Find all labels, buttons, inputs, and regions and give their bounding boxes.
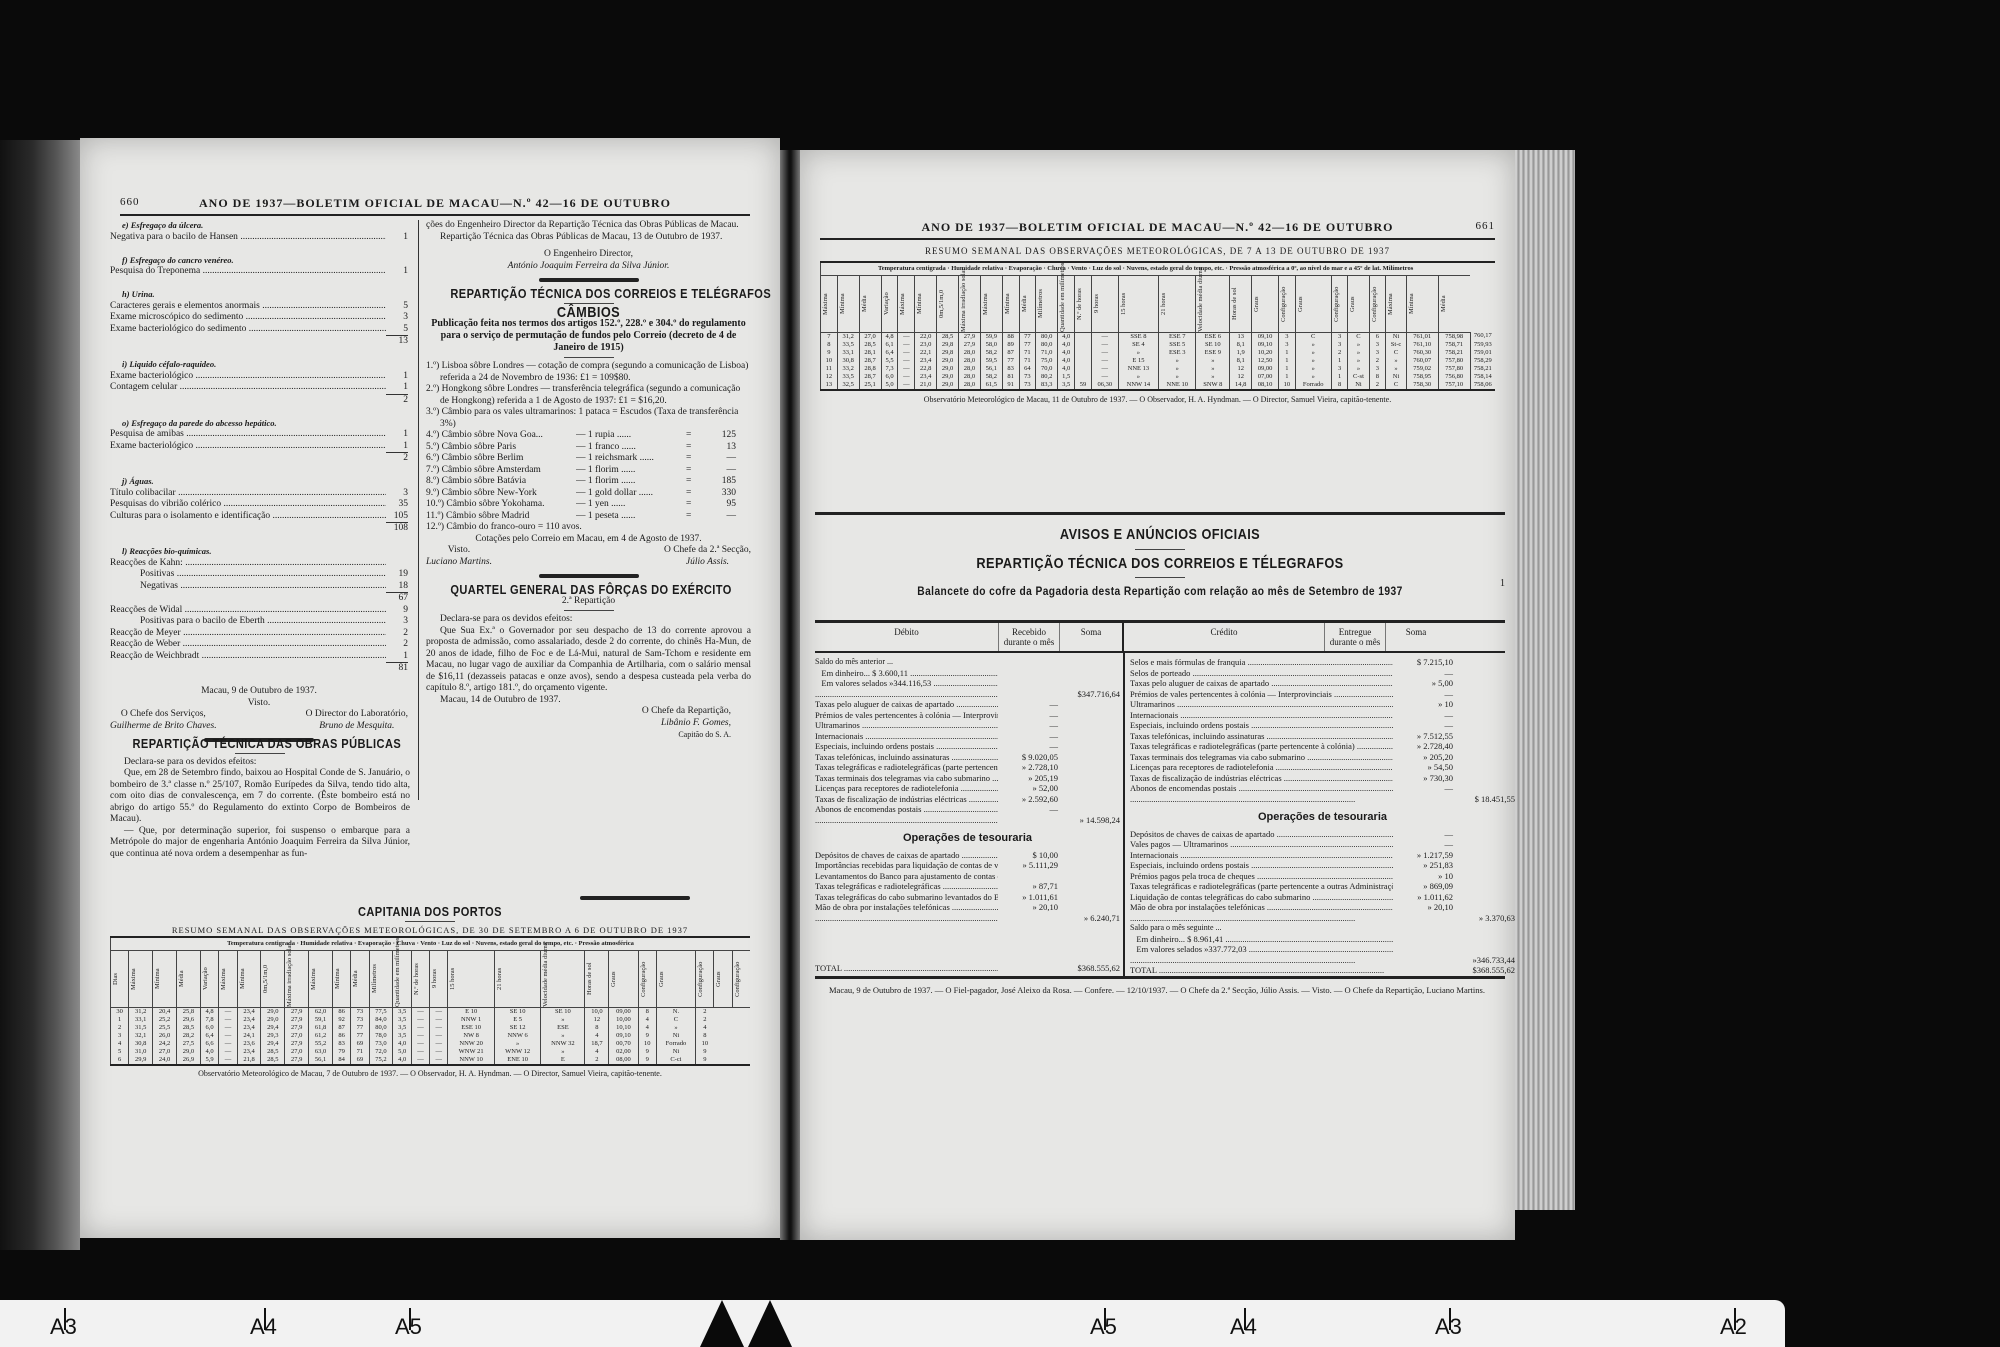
weather-cell: » bbox=[1196, 365, 1230, 373]
row-sum bbox=[1453, 881, 1515, 892]
item-value: 35 bbox=[386, 499, 408, 511]
frame-mark: A4 bbox=[1230, 1314, 1257, 1340]
weather-row: 933,128,16,4—22,129,828,058,2877171,04,0… bbox=[821, 349, 1496, 357]
weather-cell: 27,0 bbox=[285, 1032, 309, 1040]
section-total: 2 bbox=[110, 452, 408, 465]
item-value: 3 bbox=[386, 488, 408, 500]
weather-cell: — bbox=[219, 1008, 237, 1017]
weather-cell: » bbox=[1295, 341, 1331, 349]
credit-subtotal: $ 18.451,55 bbox=[1130, 794, 1515, 805]
row-value: — bbox=[998, 699, 1058, 710]
weather-cell: 80,2 bbox=[1036, 373, 1058, 381]
weather-cell: 1 bbox=[1331, 357, 1348, 365]
quartel-intro: Declara-se para os devidos efeitos: bbox=[426, 614, 751, 626]
weather-cell: 3 bbox=[1369, 365, 1386, 373]
weather-cell: 8,1 bbox=[1230, 341, 1252, 349]
row-label: Depósitos de chaves de caixas de apartad… bbox=[815, 850, 998, 861]
quartel-title: QUARTEL GENERAL DAS FÔRÇAS DO EXÉRCITO bbox=[450, 584, 726, 596]
weather-cell: 87 bbox=[1002, 349, 1019, 357]
item-label: Culturas para o isolamento e identificaç… bbox=[110, 511, 386, 523]
weather-row: 1233,528,76,0—23,429,028,058,2817380,21,… bbox=[821, 373, 1496, 381]
weather-cell: 3 bbox=[1331, 365, 1348, 373]
row-sum bbox=[1058, 860, 1120, 871]
weather-row: 833,528,56,1—23,029,827,958,0897780,04,0… bbox=[821, 341, 1496, 349]
lab-item: Exame bacteriológico do sedimento5 bbox=[110, 324, 408, 336]
row-label: Internacionais bbox=[1130, 710, 1393, 721]
weather-cell: 5,0 bbox=[881, 381, 898, 390]
row-value: — bbox=[998, 720, 1058, 731]
weather-cell: 70,0 bbox=[1036, 365, 1058, 373]
column-label: Mínima bbox=[239, 951, 247, 1007]
frame-mark: A4 bbox=[250, 1314, 277, 1340]
balancete-header: Débito Recebido durante o mês Soma Crédi… bbox=[815, 620, 1505, 653]
weather-cell: 29,0 bbox=[261, 1008, 285, 1017]
weather-cell: 77 bbox=[1019, 332, 1036, 341]
weather-cell: 29,9 bbox=[129, 1056, 153, 1065]
weather-cell: 28,0 bbox=[959, 357, 981, 365]
weather-cell: 29,0 bbox=[176, 1048, 200, 1056]
item-label: Reacção de Weber bbox=[110, 639, 386, 651]
row-value: » 1.011,61 bbox=[998, 892, 1058, 903]
column-label: Máxima bbox=[130, 951, 138, 1007]
column-label: Máxima bbox=[220, 951, 228, 1007]
column-header: 15 horas bbox=[448, 951, 494, 1008]
weather-cell: » bbox=[1386, 357, 1407, 365]
weather-row: 1030,828,75,5—23,429,028,059,5777175,04,… bbox=[821, 357, 1496, 365]
column-label: Máxima bbox=[982, 276, 990, 332]
column-header: Mínima bbox=[1002, 275, 1019, 332]
weather-cell: 3,5 bbox=[393, 1016, 411, 1024]
weather-cell: 69 bbox=[351, 1040, 369, 1048]
row-label: TOTAL bbox=[815, 963, 998, 974]
row-value: — bbox=[998, 741, 1058, 752]
weather-cell bbox=[1075, 341, 1092, 349]
lab-item: Exame bacteriológico1 bbox=[110, 441, 408, 453]
weather-cell: — bbox=[430, 1048, 448, 1056]
weather-cell: 75,0 bbox=[1036, 357, 1058, 365]
row-value: » 869,09 bbox=[1393, 881, 1453, 892]
weather-cell: 64 bbox=[1019, 365, 1036, 373]
row-sum bbox=[1058, 741, 1120, 752]
weather-cell: 31,2 bbox=[837, 332, 859, 341]
weather-cell: 08,00 bbox=[609, 1056, 638, 1065]
row-label: Taxas pelo aluguer de caixas de apartado bbox=[1130, 678, 1393, 689]
weather-cell: 8 bbox=[1369, 373, 1386, 381]
weather-cell: — bbox=[219, 1040, 237, 1048]
header-entregue: Entregue durante o mês bbox=[1325, 623, 1386, 651]
column-label: Mínima bbox=[1408, 276, 1416, 332]
cotacoes-line: Cotações pelo Correio em Macau, em 4 de … bbox=[426, 534, 751, 546]
column-label: Horas de sol bbox=[1231, 276, 1239, 332]
weather-cell bbox=[1075, 357, 1092, 365]
weather-cell: 33,5 bbox=[837, 373, 859, 381]
weather-cell: 29,4 bbox=[261, 1024, 285, 1032]
item-value: 1 bbox=[386, 371, 408, 383]
row-label bbox=[815, 913, 998, 924]
row-sum bbox=[1453, 944, 1515, 955]
weather-cell: St-c bbox=[1386, 341, 1407, 349]
column-header: Máxima irradiação solar bbox=[959, 275, 981, 332]
weather-cell: 4,0 bbox=[1058, 349, 1075, 357]
lab-item: Reacção de Meyer2 bbox=[110, 628, 408, 640]
row-sum bbox=[1453, 689, 1515, 700]
weather-cell: 758,14 bbox=[1470, 373, 1495, 381]
lab-item: Pesquisa de amibas1 bbox=[110, 429, 408, 441]
row-value: — bbox=[1393, 689, 1453, 700]
weather-cell: C bbox=[1386, 381, 1407, 390]
running-head-title: ANO DE 1937—BOLETIM OFICIAL DE MACAU—N.º… bbox=[120, 196, 750, 211]
cambio-items: 1.º) Lisboa sôbre Londres — cotação de c… bbox=[426, 361, 751, 430]
weather-cell: 761,01 bbox=[1406, 332, 1438, 341]
weather-table-title: RESUMO SEMANAL DAS OBSERVAÇÕES METEOROLÓ… bbox=[820, 246, 1495, 258]
weather-cell: C bbox=[1295, 332, 1331, 341]
weather-row: 430,824,227,56,6—23,629,427,955,2836973,… bbox=[111, 1040, 751, 1048]
weather-cell: 31,5 bbox=[129, 1024, 153, 1032]
avisos-dept: REPARTIÇÃO TÉCNICA DOS CORREIOS E TÉLEGR… bbox=[867, 558, 1454, 570]
weather-cell: — bbox=[430, 1016, 448, 1024]
separator bbox=[539, 278, 639, 282]
weather-cell: 23,0 bbox=[915, 341, 937, 349]
weather-cell: » bbox=[1118, 349, 1158, 357]
avisos-title: AVISOS E ANÚNCIOS OFICIAIS bbox=[867, 529, 1454, 541]
sig-title: O Director do Laboratório, bbox=[306, 709, 408, 721]
debit-row: Especiais, incluindo ordens postais— bbox=[815, 741, 1120, 752]
row-sum bbox=[1058, 902, 1120, 913]
lab-item: Exame microscópico do sedimento3 bbox=[110, 312, 408, 324]
row-value: — bbox=[998, 710, 1058, 721]
weather-cell: 30,8 bbox=[129, 1040, 153, 1048]
cambio-rate-row: 11.º) Câmbio sôbre Madrid— 1 peseta ....… bbox=[426, 511, 751, 523]
weather-cell: 27,5 bbox=[176, 1040, 200, 1048]
item-value: 2 bbox=[386, 639, 408, 651]
item-value: 5 bbox=[386, 301, 408, 313]
saldo-item: Em dinheiro... $ 8.961,41 bbox=[1130, 934, 1515, 945]
rate-value: — bbox=[706, 511, 736, 523]
weather-cell: 33,1 bbox=[837, 349, 859, 357]
row-value: » 251,83 bbox=[1393, 860, 1453, 871]
weather-cell: 23,4 bbox=[237, 1024, 261, 1032]
weather-cell: 10,10 bbox=[609, 1024, 638, 1032]
weather-cell: 4,0 bbox=[1058, 341, 1075, 349]
row-label: Taxas terminais dos telegramas via cabo … bbox=[1130, 752, 1393, 763]
debit-op-row: Mão de obra por instalações telefónicas»… bbox=[815, 902, 1120, 913]
total-value: 13 bbox=[386, 335, 408, 348]
credit-row: Licenças para receptores de radiotelefon… bbox=[1130, 762, 1515, 773]
weather-cell: 758,21 bbox=[1470, 365, 1495, 373]
cambio-item: 2.º) Hongkong sôbre Londres — transferên… bbox=[426, 384, 751, 407]
weather-cell: 1 bbox=[1278, 357, 1295, 365]
column-header: Média bbox=[1438, 275, 1470, 332]
column-header: Média bbox=[176, 951, 200, 1008]
cambios-description: Publicação feita nos termos dos artigos … bbox=[426, 318, 751, 354]
row-sum bbox=[1453, 710, 1515, 721]
row-sum: $347.716,64 bbox=[1058, 689, 1120, 700]
row-sum: » 14.598,24 bbox=[1058, 815, 1120, 826]
weather-cell: ESE 9 bbox=[1196, 349, 1230, 357]
row-label bbox=[1130, 955, 1393, 966]
weather-cell: 28,5 bbox=[937, 332, 959, 341]
weather-cell: 59,9 bbox=[980, 332, 1002, 341]
row-label: Prémios de vales pertencentes à colónia … bbox=[815, 710, 998, 721]
capitania-section: CAPITANIA DOS PORTOS RESUMO SEMANAL DAS … bbox=[110, 890, 750, 1080]
row-sum bbox=[1058, 762, 1120, 773]
column-header: Graus bbox=[1348, 275, 1369, 332]
book-gutter bbox=[780, 150, 800, 1240]
column-header: Mínima bbox=[915, 275, 937, 332]
right-column: ções do Engenheiro Director da Repartiçã… bbox=[426, 220, 751, 741]
header-recebido: Recebido durante o mês bbox=[999, 623, 1060, 651]
weather-cell: 73 bbox=[1019, 373, 1036, 381]
weather-cell: 07,00 bbox=[1252, 373, 1279, 381]
column-label: Quantidade em milímetros bbox=[394, 951, 402, 1007]
column-label: Graus bbox=[715, 951, 723, 1007]
column-header: Velocidade média diurna bbox=[541, 951, 585, 1008]
rate-unit: — 1 gold dollar ...... bbox=[576, 488, 686, 500]
rate-eq: = bbox=[686, 488, 706, 500]
weather-cell: 33,1 bbox=[129, 1016, 153, 1024]
column-header: Quantidade em milímetros bbox=[393, 951, 411, 1008]
weather-cell: Forrado bbox=[656, 1040, 695, 1048]
section-title: i) Liquido céfalo-raquideo. bbox=[110, 359, 408, 371]
weather-cell: 72,0 bbox=[369, 1048, 393, 1056]
sig-title: O Chefe dos Serviços, bbox=[110, 709, 217, 721]
lab-item: Reacção de Weichbradt1 bbox=[110, 651, 408, 663]
weather-cell: 78,0 bbox=[369, 1032, 393, 1040]
weather-cell: 759,01 bbox=[1470, 349, 1495, 357]
column-label: Variação bbox=[202, 951, 210, 1007]
row-value: — bbox=[1393, 839, 1453, 850]
page-number: 661 bbox=[1476, 220, 1496, 232]
row-sum bbox=[1453, 752, 1515, 763]
column-label: Média bbox=[352, 951, 360, 1007]
cambio-rate-row: 4.º) Câmbio sôbre Nova Goa...— 1 rupia .… bbox=[426, 430, 751, 442]
weather-cell: 13 bbox=[1230, 332, 1252, 341]
weather-cell: 29,0 bbox=[937, 365, 959, 373]
column-header: Graus bbox=[609, 951, 638, 1008]
film-notch-left bbox=[700, 1300, 744, 1347]
section-total: 81 bbox=[110, 662, 408, 675]
credit-op-row: Vales pagos — Ultramarinos— bbox=[1130, 839, 1515, 850]
weather-cell: SE 10 bbox=[494, 1008, 540, 1017]
credit-op-row: Taxas telegráficas e radiotelegráficas (… bbox=[1130, 881, 1515, 892]
weather-cell: 77 bbox=[1002, 357, 1019, 365]
weather-cell: 758,29 bbox=[1470, 357, 1495, 365]
op-title: Operações de tesouraria bbox=[815, 833, 1120, 844]
row-sum bbox=[1058, 773, 1120, 784]
weather-cell: 3 bbox=[1369, 349, 1386, 357]
weather-cell: 56,1 bbox=[980, 365, 1002, 373]
debit-row: Ultramarinos— bbox=[815, 720, 1120, 731]
lab-item: Positivas para o bacilo de Eberth3 bbox=[110, 616, 408, 628]
row-value bbox=[998, 668, 1058, 679]
weather-cell: 28,1 bbox=[859, 349, 881, 357]
weather-cell: 28,0 bbox=[959, 381, 981, 390]
obras-para-2: — Que, por determinação superior, foi su… bbox=[110, 826, 410, 861]
row-label: Importâncias recebidas para liquidação d… bbox=[815, 860, 998, 871]
row-sum bbox=[1453, 731, 1515, 742]
credit-row: Taxas telefónicas, incluindo assinaturas… bbox=[1130, 731, 1515, 742]
row-label: Especiais, incluindo ordens postais bbox=[1130, 860, 1393, 871]
weather-cell: 1 bbox=[1331, 373, 1348, 381]
header-soma-1: Soma bbox=[1060, 623, 1124, 651]
column-header: Configuração bbox=[696, 951, 714, 1008]
weather-cell: 27,0 bbox=[285, 1048, 309, 1056]
rate-eq: = bbox=[686, 442, 706, 454]
row-label: TOTAL bbox=[1130, 965, 1393, 976]
weather-cell: » bbox=[1348, 357, 1369, 365]
column-header: Graus bbox=[1252, 275, 1279, 332]
weather-table-right: Temperatura centigrada · Humidade relati… bbox=[820, 261, 1495, 391]
weather-cell: 25,2 bbox=[153, 1016, 177, 1024]
weather-cell: 12 bbox=[821, 373, 838, 381]
weather-cell: 27,9 bbox=[285, 1040, 309, 1048]
obras-intro: Declara-se para os devidos efeitos: bbox=[110, 757, 410, 769]
weather-cell: 3 bbox=[1331, 341, 1348, 349]
weather-cell: 25,8 bbox=[176, 1008, 200, 1017]
row-label: Em valores selados »337.772,03 bbox=[1130, 944, 1393, 955]
saldo-label: Saldo para o mês seguinte ... bbox=[1130, 923, 1515, 934]
item-value: 1 bbox=[386, 651, 408, 663]
weather-cell: 62,0 bbox=[309, 1008, 333, 1017]
row-value: » 205,19 bbox=[998, 773, 1058, 784]
weather-cell: » bbox=[1118, 373, 1158, 381]
quartel-date: Macau, 14 de Outubro de 1937. bbox=[426, 695, 751, 707]
weather-cell: 12 bbox=[1230, 365, 1252, 373]
report-signatures: O Chefe dos Serviços,Guilherme de Brito … bbox=[110, 709, 408, 732]
section-title: j) Águas. bbox=[110, 476, 408, 488]
rate-value: — bbox=[706, 465, 736, 477]
weather-cell: ESE 6 bbox=[1196, 332, 1230, 341]
balancete-table: Débito Recebido durante o mês Soma Crédi… bbox=[815, 620, 1505, 995]
weather-cell: 9 bbox=[696, 1056, 714, 1065]
column-label: Máxima irradiação solar bbox=[286, 951, 294, 1007]
weather-cell: 3,5 bbox=[1058, 381, 1075, 390]
column-header: N.º de horas bbox=[1075, 275, 1092, 332]
row-sum bbox=[1453, 657, 1515, 668]
weather-cell: ENE 10 bbox=[494, 1056, 540, 1065]
column-header: 21 horas bbox=[494, 951, 540, 1008]
weather-cell: 09,10 bbox=[609, 1032, 638, 1040]
row-value: » 52,00 bbox=[998, 783, 1058, 794]
weather-cell: 3 bbox=[1369, 341, 1386, 349]
row-sum bbox=[1453, 678, 1515, 689]
column-header: Máxima bbox=[309, 951, 333, 1008]
column-label: Configuração bbox=[1333, 276, 1341, 332]
saldo-label: Saldo do mês anterior ... bbox=[815, 657, 1120, 668]
weather-cell: C-ci bbox=[656, 1056, 695, 1065]
rate-unit: — 1 franco ...... bbox=[576, 442, 686, 454]
weather-cell: WNW 21 bbox=[448, 1048, 494, 1056]
weather-cell: » bbox=[541, 1032, 585, 1040]
weather-cell: 757,80 bbox=[1438, 357, 1470, 365]
rate-place: 8.º) Câmbio sôbre Batávia bbox=[426, 476, 576, 488]
weather-cell: — bbox=[219, 1032, 237, 1040]
avisos-section: AVISOS E ANÚNCIOS OFICIAIS REPARTIÇÃO TÉ… bbox=[815, 512, 1505, 598]
obras-title: REPARTIÇÃO TÉCNICA DAS OBRAS PÚBLICAS bbox=[133, 738, 388, 750]
weather-cell: 58,2 bbox=[980, 349, 1002, 357]
balancete-footer: Macau, 9 de Outubro de 1937. — O Fiel-pa… bbox=[815, 985, 1505, 996]
debit-op-row: Levantamentos do Banco para ajustamento … bbox=[815, 871, 1120, 882]
column-header: 15 horas bbox=[1118, 275, 1158, 332]
weather-cell: 20,4 bbox=[153, 1008, 177, 1017]
column-label: 21 horas bbox=[1160, 276, 1168, 332]
weather-cell: » bbox=[1196, 373, 1230, 381]
credit-row: Abonos de encomendas postais— bbox=[1130, 783, 1515, 794]
quartel-sig-rank: Capitão do S. A. bbox=[426, 729, 731, 741]
separator bbox=[1135, 549, 1185, 550]
total-value: 108 bbox=[386, 522, 408, 535]
weather-cell: 83,3 bbox=[1036, 381, 1058, 390]
column-header: 21 horas bbox=[1159, 275, 1196, 332]
weather-cell: 4 bbox=[585, 1048, 609, 1056]
weather-cell: SE 10 bbox=[1196, 341, 1230, 349]
debit-total: TOTAL$368.555,62 bbox=[815, 963, 1120, 974]
obras-para-1: Que, em 28 de Setembro findo, baixou ao … bbox=[110, 768, 410, 826]
item-label: Reacções de Kahn: bbox=[110, 558, 386, 570]
weather-cell: 25,1 bbox=[859, 381, 881, 390]
item-value bbox=[386, 558, 408, 570]
weather-cell: NNW 10 bbox=[448, 1056, 494, 1065]
column-label: Máxima bbox=[822, 276, 830, 332]
item-value: 1 bbox=[386, 429, 408, 441]
sig-left: O Chefe dos Serviços,Guilherme de Brito … bbox=[110, 709, 217, 732]
row-value bbox=[998, 678, 1058, 689]
weather-cell: 24,1 bbox=[237, 1032, 261, 1040]
weather-cell: 10 bbox=[821, 357, 838, 365]
section-title: f) Esfregaço do cancro venéreo. bbox=[110, 255, 408, 267]
item-label: Negativas bbox=[140, 581, 386, 593]
weather-cell: 27,9 bbox=[285, 1016, 309, 1024]
row-value: — bbox=[998, 804, 1058, 815]
column-divider bbox=[418, 220, 419, 800]
weather-cell: ESE 7 bbox=[1159, 332, 1196, 341]
weather-cell: 77 bbox=[1019, 341, 1036, 349]
weather-cell: SE 10 bbox=[541, 1008, 585, 1017]
credit-row: Taxas telegráficas e radiotelegráficas (… bbox=[1130, 741, 1515, 752]
weather-cell: — bbox=[898, 349, 915, 357]
column-header: Graus bbox=[714, 951, 732, 1008]
section-title: e) Esfregaço da úlcera. bbox=[110, 220, 408, 232]
correios-sig-right-name: Júlio Assis. bbox=[664, 557, 751, 569]
weather-cell: 06,30 bbox=[1091, 381, 1118, 390]
weather-section-right: RESUMO SEMANAL DAS OBSERVAÇÕES METEOROLÓ… bbox=[820, 246, 1495, 405]
weather-cell: 86 bbox=[333, 1032, 351, 1040]
weather-cell: 22,1 bbox=[915, 349, 937, 357]
weather-cell: 3 bbox=[1331, 332, 1348, 341]
lab-item: Caracteres gerais e elementos anormais5 bbox=[110, 301, 408, 313]
column-label: Máxima bbox=[899, 276, 907, 332]
row-label: Taxas pelo aluguer de caixas de apartado bbox=[815, 699, 998, 710]
row-value: — bbox=[998, 731, 1058, 742]
microfilm-strip: A3 A4 A5 A5 A4 A3 A2 bbox=[0, 1300, 1785, 1347]
weather-row: 332,126,028,26,4—24,129,327,061,2867778,… bbox=[111, 1032, 751, 1040]
row-sum: »346.733,44 bbox=[1453, 955, 1515, 966]
weather-cell: SNW 8 bbox=[1196, 381, 1230, 390]
row-sum bbox=[1058, 720, 1120, 731]
weather-cell: 3,5 bbox=[393, 1032, 411, 1040]
weather-cell: E 15 bbox=[1118, 357, 1158, 365]
column-header: Configuração bbox=[732, 951, 750, 1008]
row-value: » 1.011,62 bbox=[1393, 892, 1453, 903]
row-sum bbox=[1453, 892, 1515, 903]
correios-visto: Visto. bbox=[426, 545, 492, 557]
weather-cell: Ni bbox=[1348, 381, 1369, 390]
weather-cell: 27,0 bbox=[859, 332, 881, 341]
item-label: Exame microscópico do sedimento bbox=[110, 312, 386, 324]
weather-cell: 23,4 bbox=[915, 373, 937, 381]
weather-cell: NNE 10 bbox=[1159, 381, 1196, 390]
column-label: Milímetros bbox=[1037, 276, 1045, 332]
